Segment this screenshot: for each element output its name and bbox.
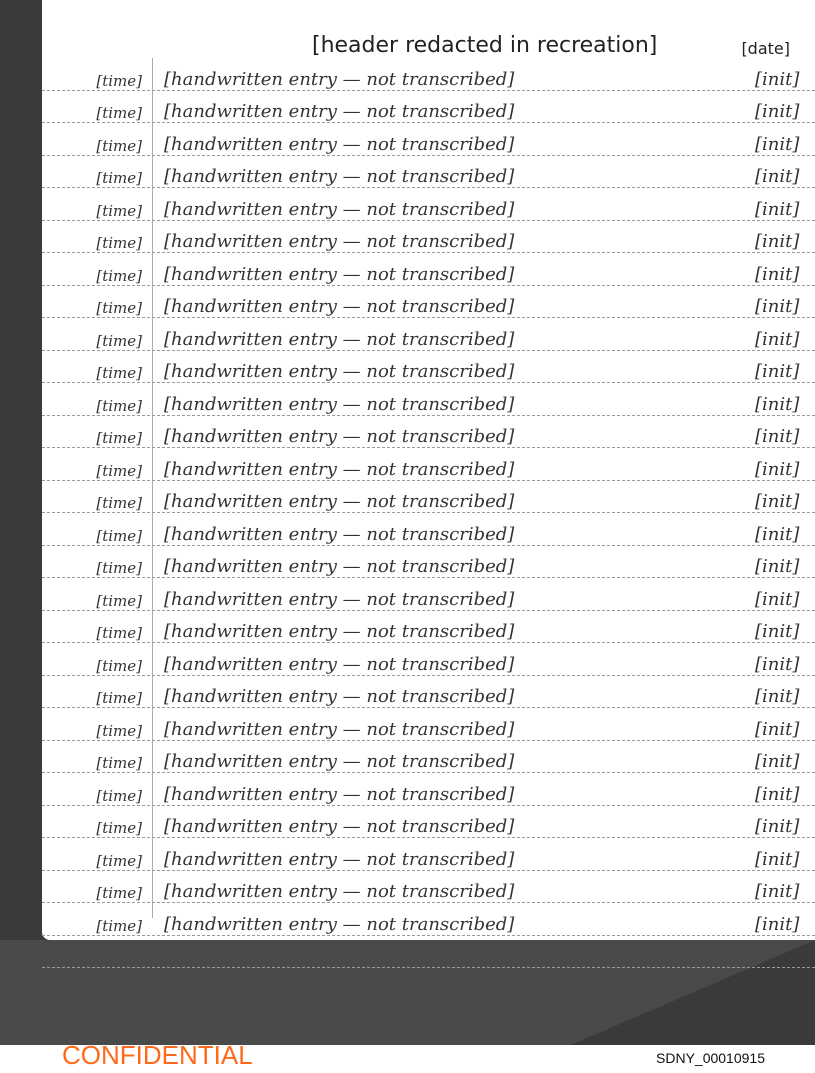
log-time: [time] <box>42 494 152 512</box>
log-row: [time][handwritten entry — not transcrib… <box>42 448 815 481</box>
log-initials: [init] <box>755 751 815 772</box>
log-row: [time][handwritten entry — not transcrib… <box>42 903 815 936</box>
log-time: [time] <box>42 169 152 187</box>
log-initials: [init] <box>755 166 815 187</box>
log-time: [time] <box>42 852 152 870</box>
log-initials: [init] <box>755 231 815 252</box>
log-initials: [init] <box>755 621 815 642</box>
log-entry: [handwritten entry — not transcribed] <box>152 134 755 155</box>
log-initials: [init] <box>755 199 815 220</box>
log-entry: [handwritten entry — not transcribed] <box>152 361 755 382</box>
log-initials: [init] <box>755 296 815 317</box>
log-time: [time] <box>42 884 152 902</box>
log-row <box>42 936 815 969</box>
log-time: [time] <box>42 397 152 415</box>
log-row: [time][handwritten entry — not transcrib… <box>42 773 815 806</box>
log-row: [time][handwritten entry — not transcrib… <box>42 481 815 514</box>
bates-number: SDNY_00010915 <box>656 1050 765 1066</box>
log-rows: [time][handwritten entry — not transcrib… <box>42 58 815 968</box>
log-entry: [handwritten entry — not transcribed] <box>152 784 755 805</box>
log-initials: [init] <box>755 264 815 285</box>
log-time: [time] <box>42 787 152 805</box>
log-row: [time][handwritten entry — not transcrib… <box>42 546 815 579</box>
log-entry: [handwritten entry — not transcribed] <box>152 101 755 122</box>
log-entry: [handwritten entry — not transcribed] <box>152 394 755 415</box>
log-initials: [init] <box>755 654 815 675</box>
log-entry: [handwritten entry — not transcribed] <box>152 329 755 350</box>
log-initials: [init] <box>755 361 815 382</box>
log-row: [time][handwritten entry — not transcrib… <box>42 416 815 449</box>
log-time: [time] <box>42 917 152 935</box>
log-entry: [handwritten entry — not transcribed] <box>152 491 755 512</box>
log-initials: [init] <box>755 524 815 545</box>
log-entry: [handwritten entry — not transcribed] <box>152 264 755 285</box>
log-time: [time] <box>42 592 152 610</box>
log-row: [time][handwritten entry — not transcrib… <box>42 253 815 286</box>
log-row: [time][handwritten entry — not transcrib… <box>42 286 815 319</box>
log-time: [time] <box>42 624 152 642</box>
log-time: [time] <box>42 267 152 285</box>
log-row: [time][handwritten entry — not transcrib… <box>42 871 815 904</box>
log-entry: [handwritten entry — not transcribed] <box>152 881 755 902</box>
log-time: [time] <box>42 527 152 545</box>
log-entry: [handwritten entry — not transcribed] <box>152 231 755 252</box>
log-time: [time] <box>42 202 152 220</box>
log-initials: [init] <box>755 394 815 415</box>
log-time: [time] <box>42 722 152 740</box>
log-time: [time] <box>42 462 152 480</box>
log-row: [time][handwritten entry — not transcrib… <box>42 123 815 156</box>
log-entry: [handwritten entry — not transcribed] <box>152 686 755 707</box>
log-entry: [handwritten entry — not transcribed] <box>152 751 755 772</box>
log-time: [time] <box>42 819 152 837</box>
log-time: [time] <box>42 104 152 122</box>
log-initials: [init] <box>755 459 815 480</box>
header-date: [date] <box>741 39 790 58</box>
log-row: [time][handwritten entry — not transcrib… <box>42 221 815 254</box>
log-initials: [init] <box>755 329 815 350</box>
log-entry: [handwritten entry — not transcribed] <box>152 914 755 935</box>
log-row: [time][handwritten entry — not transcrib… <box>42 351 815 384</box>
log-entry: [handwritten entry — not transcribed] <box>152 524 755 545</box>
log-time: [time] <box>42 689 152 707</box>
log-row: [time][handwritten entry — not transcrib… <box>42 643 815 676</box>
log-time: [time] <box>42 364 152 382</box>
log-row: [time][handwritten entry — not transcrib… <box>42 513 815 546</box>
log-initials: [init] <box>755 101 815 122</box>
log-initials: [init] <box>755 881 815 902</box>
log-initials: [init] <box>755 719 815 740</box>
log-entry: [handwritten entry — not transcribed] <box>152 556 755 577</box>
log-entry: [handwritten entry — not transcribed] <box>152 69 755 90</box>
log-time: [time] <box>42 299 152 317</box>
log-time: [time] <box>42 429 152 447</box>
log-time: [time] <box>42 234 152 252</box>
log-row: [time][handwritten entry — not transcrib… <box>42 806 815 839</box>
log-initials: [init] <box>755 491 815 512</box>
log-initials: [init] <box>755 426 815 447</box>
log-entry: [handwritten entry — not transcribed] <box>152 719 755 740</box>
log-initials: [init] <box>755 686 815 707</box>
log-row: [time][handwritten entry — not transcrib… <box>42 578 815 611</box>
log-entry: [handwritten entry — not transcribed] <box>152 849 755 870</box>
log-entry: [handwritten entry — not transcribed] <box>152 589 755 610</box>
log-row: [time][handwritten entry — not transcrib… <box>42 708 815 741</box>
log-time: [time] <box>42 137 152 155</box>
log-entry: [handwritten entry — not transcribed] <box>152 166 755 187</box>
log-row: [time][handwritten entry — not transcrib… <box>42 91 815 124</box>
log-time: [time] <box>42 72 152 90</box>
log-entry: [handwritten entry — not transcribed] <box>152 296 755 317</box>
log-time: [time] <box>42 332 152 350</box>
log-row: [time][handwritten entry — not transcrib… <box>42 741 815 774</box>
log-entry: [handwritten entry — not transcribed] <box>152 621 755 642</box>
log-row: [time][handwritten entry — not transcrib… <box>42 383 815 416</box>
notebook-page: [header redacted in recreation] [date] [… <box>42 0 815 940</box>
log-entry: [handwritten entry — not transcribed] <box>152 459 755 480</box>
page-header: [header redacted in recreation] [date] <box>312 18 790 58</box>
log-row: [time][handwritten entry — not transcrib… <box>42 58 815 91</box>
log-entry: [handwritten entry — not transcribed] <box>152 816 755 837</box>
log-time: [time] <box>42 754 152 772</box>
log-initials: [init] <box>755 589 815 610</box>
log-time: [time] <box>42 657 152 675</box>
log-row: [time][handwritten entry — not transcrib… <box>42 188 815 221</box>
log-initials: [init] <box>755 556 815 577</box>
log-entry: [handwritten entry — not transcribed] <box>152 199 755 220</box>
log-initials: [init] <box>755 134 815 155</box>
log-row: [time][handwritten entry — not transcrib… <box>42 318 815 351</box>
log-time: [time] <box>42 559 152 577</box>
log-row: [time][handwritten entry — not transcrib… <box>42 611 815 644</box>
log-initials: [init] <box>755 816 815 837</box>
log-entry: [handwritten entry — not transcribed] <box>152 426 755 447</box>
log-row: [time][handwritten entry — not transcrib… <box>42 156 815 189</box>
log-row: [time][handwritten entry — not transcrib… <box>42 838 815 871</box>
log-initials: [init] <box>755 849 815 870</box>
log-initials: [init] <box>755 914 815 935</box>
header-left: [header redacted in recreation] <box>312 33 657 58</box>
log-row: [time][handwritten entry — not transcrib… <box>42 676 815 709</box>
log-initials: [init] <box>755 69 815 90</box>
log-entry: [handwritten entry — not transcribed] <box>152 654 755 675</box>
confidential-stamp: CONFIDENTIAL <box>62 1040 253 1071</box>
log-initials: [init] <box>755 784 815 805</box>
